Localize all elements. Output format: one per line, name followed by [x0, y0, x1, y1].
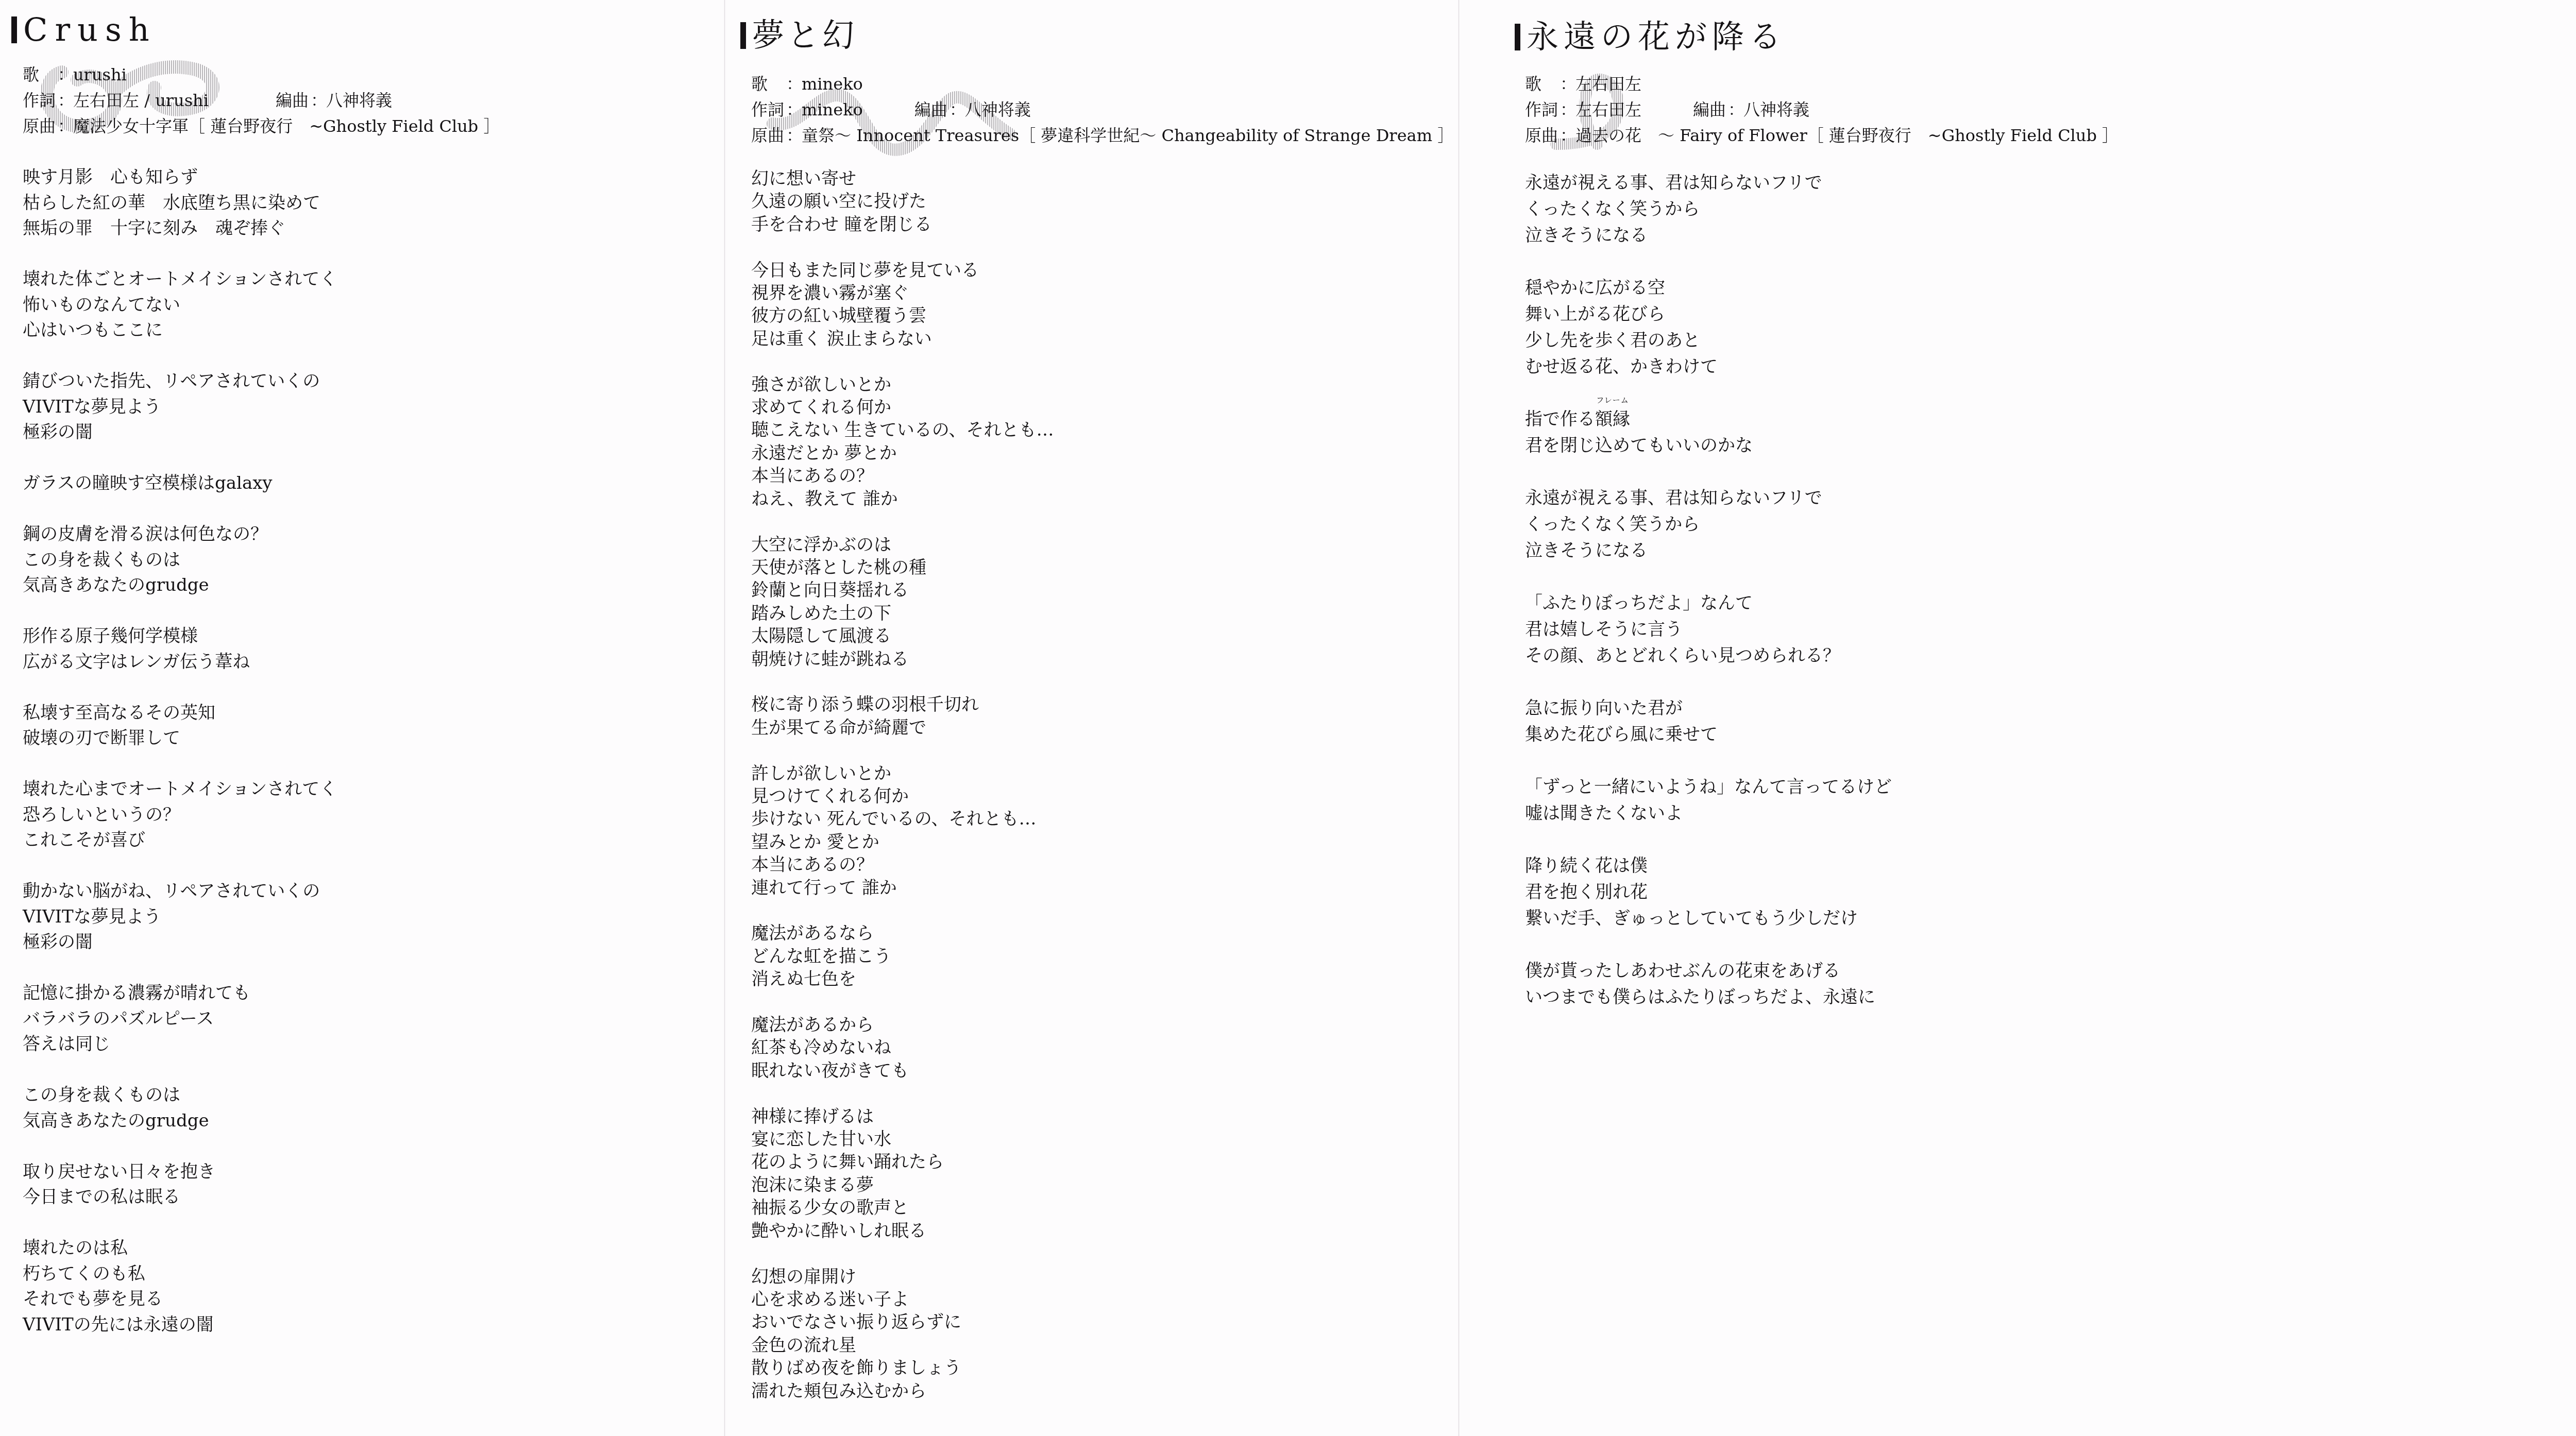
credit-label: 作詞: [23, 88, 58, 113]
lyric-line: 朝焼けに蛙が跳ねる: [751, 648, 1054, 671]
stanza-break: [751, 899, 1054, 922]
credit-vocal: 歌：mineko: [751, 71, 1454, 97]
lyric-line: 気高きあなたのgrudge: [23, 1108, 337, 1134]
lyric-line: 金色の流れ星: [751, 1334, 1054, 1357]
lyric-line: 君を抱く別れ花: [1525, 879, 1892, 905]
lyric-line: 太陽隠して風渡る: [751, 625, 1054, 647]
credit-label: 作詞: [1525, 97, 1560, 123]
lyric-line: 怖いものなんてない: [23, 293, 337, 318]
stanza-break: [23, 955, 337, 981]
lyric-line: 本当にあるの？: [751, 853, 1054, 876]
lyric-line: いつまでも僕らはふたりぼっちだよ、永遠に: [1525, 984, 1892, 1011]
lyric-line: この身を裁くものは: [23, 548, 337, 573]
stanza-break: [23, 1057, 337, 1083]
lyric-line: 繋いだ手、ぎゅっとしていてもう少しだけ: [1525, 905, 1892, 932]
lyric-line: 少し先を歩く君のあと: [1525, 328, 1892, 354]
lyric-line: 舞い上がる花びら: [1525, 301, 1892, 328]
colon: ：: [1728, 97, 1743, 123]
lyric-line: その顔、あとどれくらい見つめられる？: [1525, 643, 1892, 669]
stanza-break: [23, 242, 337, 267]
lyric-line: おいでなさい振り返らずに: [751, 1311, 1054, 1334]
lyric-line: VIVITな夢見よう: [23, 395, 337, 420]
credit-value: 左右田左: [1575, 97, 1641, 123]
lyric-line: 彼方の紅い城壁覆う雲: [751, 304, 1054, 327]
lyric-line: 袖振る少女の歌声と: [751, 1196, 1054, 1219]
lyric-line: 「ずっと一緒にいようね」なんて言ってるけど: [1525, 774, 1892, 800]
lyric-line: 記憶に掛かる濃霧が晴れても: [23, 981, 337, 1006]
credit-original: 原曲：魔法少女十字軍［ 蓮台野夜行 ~Ghostly Field Club ］: [23, 113, 500, 139]
lyric-line: 錆びついた指先、リペアされていくの: [23, 369, 337, 395]
lyric-line: それでも夢を見る: [23, 1287, 337, 1312]
lyric-line: 極彩の闇: [23, 420, 337, 446]
lyric-line: 望みとか 愛とか: [751, 831, 1054, 853]
stanza-break: [751, 991, 1054, 1014]
lyric-line: 散りばめ夜を飾りましょう: [751, 1357, 1054, 1379]
lyric-line: 本当にあるの？: [751, 465, 1054, 487]
credit-label: 作詞: [751, 97, 786, 123]
lyric-line: 映す月影 心も知らず: [23, 165, 337, 191]
ruby-base: フレーム額縁: [1595, 406, 1630, 433]
song-title-row: 夢と幻: [740, 17, 857, 54]
stanza-break: [23, 751, 337, 777]
stanza-break: [1525, 249, 1892, 275]
credit-value: mineko: [802, 97, 863, 123]
song-title: 永遠の花が降る: [1527, 19, 1786, 56]
credit-vocal: 歌：urushi: [23, 62, 500, 88]
lyric-line: 生が果てる命が綺麗で: [751, 716, 1054, 739]
colon: ：: [786, 71, 802, 97]
lyric-line: 鈴蘭と向日葵揺れる: [751, 579, 1054, 602]
stanza-break: [23, 1134, 337, 1159]
lyric-line: 答えは同じ: [23, 1032, 337, 1057]
song-title-row: Crush: [11, 11, 157, 48]
lyric-line: くったくなく笑うから: [1525, 196, 1892, 223]
credit-vocal: 歌：左右田左: [1525, 71, 2119, 97]
song-title: 夢と幻: [752, 17, 857, 54]
lyric-line: 眠れない夜がきても: [751, 1059, 1054, 1082]
lyric-line: 無垢の罪 十字に刻み 魂ぞ捧ぐ: [23, 216, 337, 242]
lyric-line: ガラスの瞳映す空模様はgalaxy: [23, 471, 337, 497]
lyric-line: くったくなく笑うから: [1525, 511, 1892, 538]
credit-value: 童祭～ Innocent Treasures［ 夢違科学世紀～ Changeab…: [802, 123, 1454, 148]
lyric-line: 宴に恋した甘い水: [751, 1128, 1054, 1151]
lyric-line: 破壊の刃で断罪して: [23, 726, 337, 751]
credit-value: 左右田左 / urushi: [73, 88, 209, 113]
lyric-line: 紅茶も冷めないね: [751, 1036, 1054, 1059]
credit-original: 原曲：過去の花 ～ Fairy of Flower［ 蓮台野夜行 ~Ghostl…: [1525, 123, 2119, 148]
lyric-line: 魔法があるなら: [751, 922, 1054, 945]
lyric-line: 今日までの私は眠る: [23, 1185, 337, 1210]
lyric-line: 急に振り向いた君が: [1525, 695, 1892, 722]
lyric-line: 「ふたりぼっちだよ」なんて: [1525, 590, 1892, 617]
lyric-line: 天使が落とした桃の種: [751, 556, 1054, 579]
lyric-line: 今日もまた同じ夢を見ている: [751, 259, 1054, 282]
stanza-break: [1525, 827, 1892, 853]
lyric-line: 心を求める迷い子よ: [751, 1288, 1054, 1311]
lyric-line: 恐ろしいというの？: [23, 802, 337, 828]
lyric-line: どんな虹を描こう: [751, 945, 1054, 968]
title-bar-marker: [740, 22, 746, 49]
credit-value: 左右田左: [1575, 71, 1641, 97]
spacer: [209, 88, 276, 113]
lyric-line: むせ返る花、かきわけて: [1525, 354, 1892, 380]
lyric-line: バラバラのパズルピース: [23, 1006, 337, 1032]
lyric-line: 艶やかに酔いしれ眠る: [751, 1220, 1054, 1242]
title-bar-marker: [11, 16, 17, 43]
stanza-break: [23, 344, 337, 369]
lyric-line: 形作る原子幾何学模様: [23, 624, 337, 649]
credit-label: 歌: [1525, 71, 1560, 97]
lyric-line: 極彩の闇: [23, 930, 337, 955]
lyric-line: 動かない脳がね、リペアされていくの: [23, 879, 337, 904]
stanza-break: [23, 675, 337, 700]
stanza-break: [751, 1242, 1054, 1265]
lyric-line: 取り戻せない日々を抱き: [23, 1159, 337, 1185]
lyric-line: 手を合わせ 瞳を閉じる: [751, 213, 1054, 236]
lyric-line: 永遠が視える事、君は知らないフリで: [1525, 485, 1892, 511]
colon: ：: [786, 123, 802, 148]
stanza-break: [23, 1210, 337, 1236]
stanza-break: [751, 510, 1054, 533]
lyric-line: 気高きあなたのgrudge: [23, 573, 337, 599]
lyric-line: 穏やかに広がる空: [1525, 275, 1892, 301]
lyric-line: 嘘は聞きたくないよ: [1525, 800, 1892, 827]
lyric-line: ねえ、教えて 誰か: [751, 488, 1054, 510]
lyric-line: 永遠が視える事、君は知らないフリで: [1525, 170, 1892, 196]
lyric-line: 泣きそうになる: [1525, 223, 1892, 249]
stanza-break: [23, 446, 337, 471]
credit-value: 八神将義: [1743, 97, 1809, 123]
lyric-line: 桜に寄り添う蝶の羽根千切れ: [751, 693, 1054, 716]
stanza-break: [1525, 380, 1892, 406]
lyric-line: 足は重く 涙止まらない: [751, 328, 1054, 350]
lyric-line: 大空に浮かぶのは: [751, 534, 1054, 556]
lyric-line: 踏みしめた土の下: [751, 602, 1054, 625]
credit-value: 過去の花 ～ Fairy of Flower［ 蓮台野夜行 ~Ghostly F…: [1575, 123, 2119, 148]
lyric-line: 広がる文字はレンガ伝う葦ね: [23, 649, 337, 675]
colon: ：: [786, 97, 802, 123]
lyric-line: これこそが喜び: [23, 828, 337, 853]
credit-label: 原曲: [23, 113, 58, 139]
credit-original: 原曲：童祭～ Innocent Treasures［ 夢違科学世紀～ Chang…: [751, 123, 1454, 148]
colon: ：: [950, 97, 965, 123]
song-credits: 歌：urushi 作詞：左右田左 / urushi編曲：八神将義 原曲：魔法少女…: [23, 62, 500, 139]
stanza-break: [23, 599, 337, 624]
stanza-break: [1525, 748, 1892, 774]
credit-label: 原曲: [1525, 123, 1560, 148]
song-title: Crush: [23, 11, 157, 48]
stanza-break: [23, 497, 337, 522]
stanza-break: [1525, 564, 1892, 590]
song-lyrics: 幻に想い寄せ久遠の願い空に投げた手を合わせ 瞳を閉じる 今日もまた同じ夢を見てい…: [751, 167, 1054, 1403]
lyric-line: 枯らした紅の華 水底堕ち黒に染めて: [23, 191, 337, 216]
lyric-line: 泡沫に染まる夢: [751, 1174, 1054, 1196]
lyric-line: 鋼の皮膚を滑る涙は何色なの？: [23, 522, 337, 548]
ruby-reading: フレーム: [1595, 396, 1630, 404]
spacer: [863, 97, 914, 123]
lyric-line: 求めてくれる何か: [751, 396, 1054, 419]
credit-label: 編曲: [914, 97, 950, 123]
lyric-line: 見つけてくれる何か: [751, 785, 1054, 808]
lyric-line: VIVITな夢見よう: [23, 904, 337, 930]
credit-lyrics: 作詞：mineko編曲：八神将義: [751, 97, 1454, 123]
lyric-line: 壊れたのは私: [23, 1236, 337, 1261]
song-lyrics: 永遠が視える事、君は知らないフリでくったくなく笑うから泣きそうになる 穏やかに広…: [1525, 170, 1892, 1011]
credit-lyrics: 作詞：左右田左編曲：八神将義: [1525, 97, 2119, 123]
colon: ：: [1560, 123, 1575, 148]
lyric-line: 心はいつもここに: [23, 318, 337, 344]
stanza-break: [751, 739, 1054, 762]
lyric-line: 君は嬉しそうに言う: [1525, 617, 1892, 643]
colon: ：: [1560, 71, 1575, 97]
spacer: [1641, 97, 1693, 123]
title-bar-marker: [1515, 24, 1520, 50]
credit-value: 八神将義: [965, 97, 1031, 123]
stanza-break: [1525, 669, 1892, 695]
lyric-line: 朽ちてくのも私: [23, 1261, 337, 1287]
lyric-line: 集めた花びら風に乗せて: [1525, 722, 1892, 748]
lyric-line: 花のように舞い踊れたら: [751, 1151, 1054, 1173]
credit-label: 歌: [751, 71, 786, 97]
page-fold-right: [1458, 0, 1460, 1436]
credit-value: urushi: [73, 62, 127, 88]
credit-label: 編曲: [1693, 97, 1728, 123]
song-credits: 歌：左右田左 作詞：左右田左編曲：八神将義 原曲：過去の花 ～ Fairy of…: [1525, 71, 2119, 148]
credit-value: 八神将義: [326, 88, 392, 113]
song-credits: 歌：mineko 作詞：mineko編曲：八神将義 原曲：童祭～ Innocen…: [751, 71, 1454, 148]
lyric-line: 僕が貰ったしあわせぶんの花束をあげる: [1525, 958, 1892, 984]
credit-value: 魔法少女十字軍［ 蓮台野夜行 ~Ghostly Field Club ］: [73, 113, 500, 139]
lyric-line: 君を閉じ込めてもいいのかな: [1525, 433, 1892, 459]
lyric-line: 消えぬ七色を: [751, 968, 1054, 990]
credit-label: 原曲: [751, 123, 786, 148]
lyric-line: VIVITの先には永遠の闇: [23, 1312, 337, 1338]
stanza-break: [751, 350, 1054, 373]
lyric-line: 指で作るフレーム額縁: [1525, 406, 1892, 433]
colon: ：: [311, 88, 326, 113]
lyric-line: 強さが欲しいとか: [751, 373, 1054, 396]
credit-value: mineko: [802, 71, 863, 97]
stanza-break: [751, 1082, 1054, 1105]
lyric-line: 泣きそうになる: [1525, 538, 1892, 564]
page-fold-left: [724, 0, 725, 1436]
song-title-row: 永遠の花が降る: [1515, 19, 1786, 56]
stanza-break: [23, 853, 337, 879]
lyric-line: 連れて行って 誰か: [751, 877, 1054, 899]
credit-lyrics: 作詞：左右田左 / urushi編曲：八神将義: [23, 88, 500, 113]
song-lyrics: 映す月影 心も知らず枯らした紅の華 水底堕ち黒に染めて無垢の罪 十字に刻み 魂ぞ…: [23, 165, 337, 1338]
lyric-line: この身を裁くものは: [23, 1083, 337, 1108]
lyric-line: 幻想の扉開け: [751, 1266, 1054, 1288]
lyric-line: 魔法があるから: [751, 1014, 1054, 1036]
lyric-line: 壊れた体ごとオートメイションされてく: [23, 267, 337, 293]
credit-label: 編曲: [276, 88, 311, 113]
lyric-line: 聴こえない 生きているの、それとも…: [751, 419, 1054, 441]
stanza-break: [1525, 459, 1892, 485]
lyric-line: 永遠だとか 夢とか: [751, 442, 1054, 465]
stanza-break: [751, 671, 1054, 693]
colon: ：: [58, 113, 73, 139]
lyric-line: 幻に想い寄せ: [751, 167, 1054, 190]
stanza-break: [751, 236, 1054, 259]
lyric-line: 神様に捧げるは: [751, 1105, 1054, 1128]
colon: ：: [58, 62, 73, 88]
credit-label: 歌: [23, 62, 58, 88]
lyric-line: 壊れた心までオートメイションされてく: [23, 777, 337, 802]
lyric-line: 濡れた頬包み込むから: [751, 1380, 1054, 1403]
stanza-break: [1525, 932, 1892, 958]
lyric-line: 歩けない 死んでいるの、それとも…: [751, 808, 1054, 830]
colon: ：: [58, 88, 73, 113]
colon: ：: [1560, 97, 1575, 123]
lyric-line: 許しが欲しいとか: [751, 762, 1054, 785]
lyric-line: 久遠の願い空に投げた: [751, 190, 1054, 213]
lyric-line: 私壊す至高なるその英知: [23, 700, 337, 726]
lyric-line: 降り続く花は僕: [1525, 853, 1892, 879]
lyric-line: 視界を濃い霧が塞ぐ: [751, 282, 1054, 304]
